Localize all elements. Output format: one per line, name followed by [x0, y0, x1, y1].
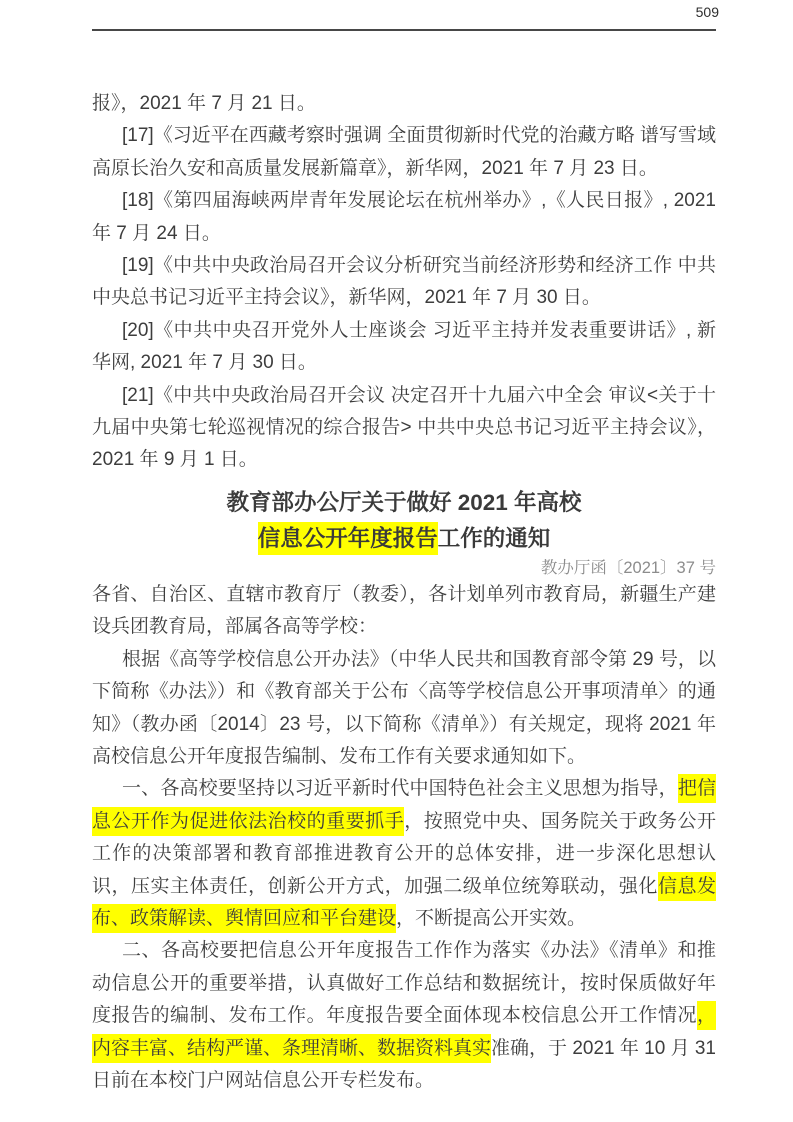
reference-item-17: [17]《习近平在西藏考察时强调 全面贯彻新时代党的治藏方略 谱写雪域高原长治久… — [92, 120, 716, 185]
reference-continuation: 报》，2021 年 7 月 21 日。 — [92, 88, 716, 120]
reference-item-19: [19]《中共中央政治局召开会议分析研究当前经济形势和经济工作 中共中央总书记习… — [92, 250, 716, 315]
notice-title-line2: 信息公开年度报告工作的通知 — [92, 521, 716, 557]
page-number: 509 — [696, 3, 719, 21]
references-section: 报》，2021 年 7 月 21 日。 [17]《习近平在西藏考察时强调 全面贯… — [92, 88, 716, 477]
text-segment: 工作的通知 — [438, 526, 551, 551]
text-segment: 各省、自治区、直辖市教育厅（教委），各计划单列市教育局，新疆生产建设兵团教育局，… — [92, 584, 716, 637]
reference-item-20: [20]《中共中央召开党外人士座谈会 习近平主持并发表重要讲话》, 新华网, 2… — [92, 315, 716, 380]
doc-number: 教办厅函〔2021〕37 号 — [92, 557, 716, 579]
header-rule — [92, 29, 716, 31]
page-content: 报》，2021 年 7 月 21 日。 [17]《习近平在西藏考察时强调 全面贯… — [92, 88, 716, 1097]
text-segment: ，不断提高公开实效。 — [396, 908, 586, 929]
reference-item-21: [21]《中共中央政治局召开会议 决定召开十九届六中全会 审议<关于十九届中央第… — [92, 380, 716, 477]
notice-title-line1: 教育部办公厅关于做好 2021 年高校 — [92, 485, 716, 521]
text-segment: 根据《高等学校信息公开办法》（中华人民共和国教育部令第 29 号，以下简称《办法… — [92, 649, 716, 767]
highlighted-text: 信息公开年度报告 — [258, 522, 438, 555]
basis-paragraph: 根据《高等学校信息公开办法》（中华人民共和国教育部令第 29 号，以下简称《办法… — [92, 644, 716, 774]
item-one-paragraph: 一、各高校要坚持以习近平新时代中国特色社会主义思想为指导，把信息公开作为促进依法… — [92, 773, 716, 935]
salutation-paragraph: 各省、自治区、直辖市教育厅（教委），各计划单列市教育局，新疆生产建设兵团教育局，… — [92, 579, 716, 644]
document-page: 509 报》，2021 年 7 月 21 日。 [17]《习近平在西藏考察时强调… — [0, 0, 793, 1122]
notice-title: 教育部办公厅关于做好 2021 年高校 信息公开年度报告工作的通知 — [92, 485, 716, 557]
notice-body: 各省、自治区、直辖市教育厅（教委），各计划单列市教育局，新疆生产建设兵团教育局，… — [92, 579, 716, 1098]
text-segment: 二、各高校要把信息公开年度报告工作作为落实《办法》《清单》和推动信息公开的重要举… — [92, 940, 716, 1026]
reference-item-18: [18]《第四届海峡两岸青年发展论坛在杭州举办》,《人民日报》, 2021 年 … — [92, 185, 716, 250]
text-segment: 一、各高校要坚持以习近平新时代中国特色社会主义思想为指导， — [122, 778, 678, 799]
item-two-paragraph: 二、各高校要把信息公开年度报告工作作为落实《办法》《清单》和推动信息公开的重要举… — [92, 935, 716, 1097]
